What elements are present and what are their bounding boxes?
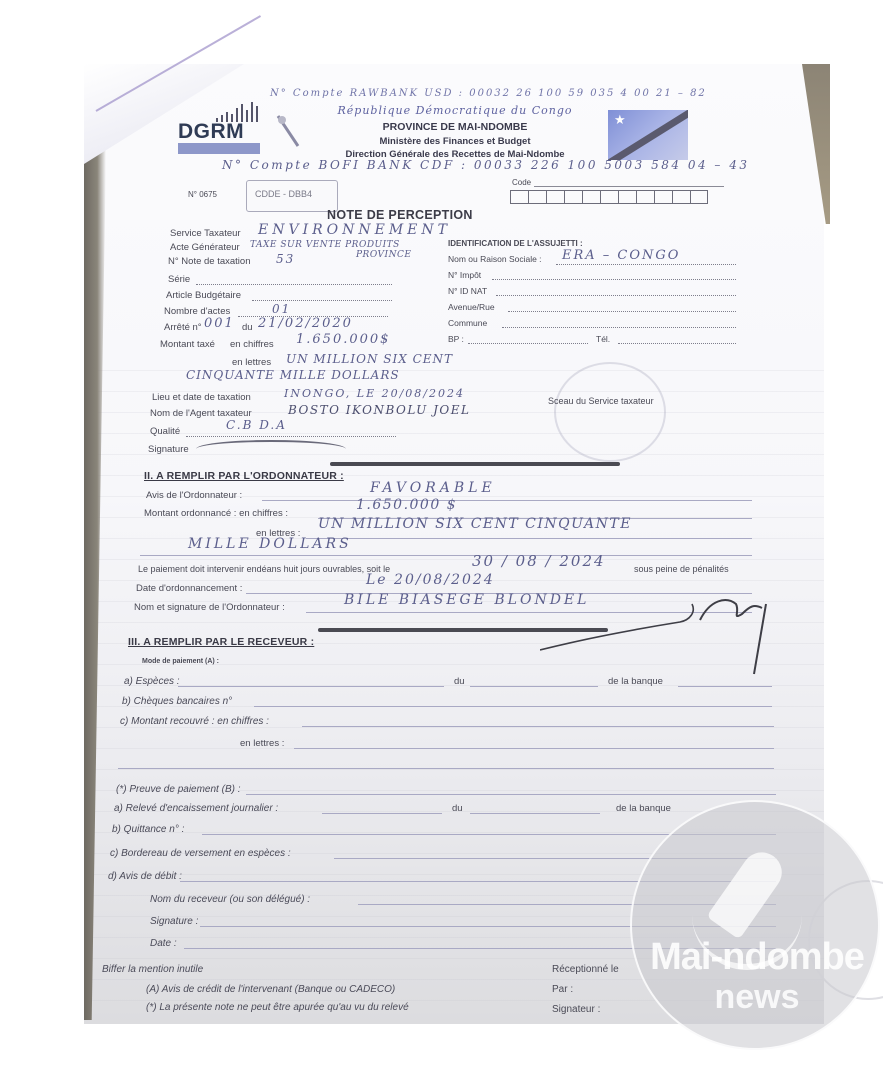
label-montant-recouvre: c) Montant recouvré : en chiffres :	[120, 716, 269, 727]
label-avis-debit: d) Avis de débit :	[108, 871, 182, 882]
value-acte-generateur: TAXE SUR VENTE PRODUITS	[250, 240, 400, 250]
dots-serie	[196, 284, 392, 285]
label-avis-ordonnateur: Avis de l'Ordonnateur :	[146, 490, 242, 501]
dots-id-nat	[496, 295, 736, 296]
section3-heading: III. A REMPLIR PAR LE RECEVEUR :	[128, 636, 314, 648]
republic-name: République Démocratique du Congo	[290, 104, 620, 117]
value-paiement-date: 30 / 08 / 2024	[472, 552, 606, 570]
rule-lettres	[306, 538, 752, 539]
label-montant-lettres: en lettres	[232, 357, 271, 368]
label-quittance: b) Quittance n° :	[112, 824, 184, 835]
rule-recouvre-lettres	[294, 748, 774, 749]
label-n-impot: N° Impôt	[448, 270, 481, 280]
value-note-taxation: 53	[276, 252, 295, 266]
label-especes-du: du	[454, 676, 465, 687]
ministry-name: Ministère des Finances et Budget	[290, 136, 620, 147]
rule-avis	[262, 500, 752, 501]
label-arrete: Arrêté n°	[164, 322, 202, 333]
value-raison-sociale: ERA – CONGO	[562, 248, 680, 263]
label-avenue: Avenue/Rue	[448, 302, 495, 312]
label-montant-ordonnance: Montant ordonnancé : en chiffres :	[144, 508, 288, 519]
section-divider-2	[318, 628, 608, 632]
dgrm-logo: DGRM	[178, 120, 244, 144]
footer-note-star: (*) La présente note ne peut être apurée…	[146, 1002, 409, 1013]
form-number-box-value: CDDE - DBB4	[255, 189, 312, 199]
drc-flag-icon: ★	[608, 110, 688, 160]
label-cheques: b) Chèques bancaires n°	[122, 696, 232, 707]
agent-signature	[196, 440, 346, 458]
dots-avenue	[508, 311, 736, 312]
label-lieu-date-taxation: Lieu et date de taxation	[152, 392, 251, 403]
rule-cheques	[254, 706, 772, 707]
rule-especes-du	[470, 686, 598, 687]
rule-releve-du	[470, 813, 600, 814]
label-montant-chiffres: en chiffres	[230, 339, 274, 350]
rule-especes	[178, 686, 444, 687]
value-montant-taxe-lettres-2: CINQUANTE MILLE DOLLARS	[186, 368, 400, 382]
value-montant-taxe-lettres: UN MILLION SIX CENT	[286, 352, 453, 366]
watermark-text-line1: Mai-ndombe	[632, 936, 880, 979]
code-label: Code	[512, 178, 531, 187]
value-montant-ordonnance: 1.650.000 $	[356, 497, 457, 513]
value-date-ordonnancement: Le 20/08/2024	[366, 572, 495, 588]
value-nombre-actes: 01	[272, 302, 291, 316]
label-nom-receveur: Nom du receveur (ou son délégué) :	[150, 894, 310, 905]
province-name: PROVINCE DE MAI-NDOMBE	[290, 121, 620, 133]
rule-releve	[322, 813, 442, 814]
footer-note-a: (A) Avis de crédit de l'intervenant (Ban…	[146, 984, 395, 995]
watermark-text-line2: news	[632, 978, 880, 1017]
rule-recouvre-lettres-2	[118, 768, 774, 769]
value-montant-ordonnance-lettres: UN MILLION SIX CENT CINQUANTE	[318, 516, 632, 532]
label-service-taxateur: Service Taxateur	[170, 228, 241, 239]
value-arrete: 001	[204, 316, 235, 331]
dots-qualite	[186, 436, 396, 437]
label-article-budgetaire: Article Budgétaire	[166, 290, 241, 301]
stamp-circle	[554, 362, 666, 462]
footer-par: Par :	[552, 984, 573, 995]
dots-raison	[556, 264, 736, 265]
handwritten-account-usd: N° Compte RAWBANK USD : 00032 26 100 59 …	[270, 88, 707, 99]
dots-n-impot	[492, 279, 736, 280]
label-mode-paiement: Mode de paiement (A) :	[142, 658, 219, 665]
footer-receptionne: Réceptionné le	[552, 964, 619, 975]
label-acte-generateur: Acte Générateur	[170, 242, 240, 253]
value-service-taxateur: ENVIRONNEMENT	[258, 222, 451, 238]
label-especes-banque: de la banque	[608, 676, 663, 687]
code-boxes	[510, 190, 708, 204]
label-note-taxation: N° Note de taxation	[168, 256, 251, 267]
section-divider-1	[330, 462, 620, 466]
rule-montant-recouvre	[302, 726, 774, 727]
footer-signateur: Signateur :	[552, 1004, 600, 1015]
rule-preuve	[246, 794, 776, 795]
ordonnateur-signature	[540, 590, 780, 680]
label-releve-du: du	[452, 803, 463, 814]
value-arrete-date: 21/02/2020	[258, 316, 353, 331]
label-id-nat: N° ID NAT	[448, 286, 487, 296]
rule-lettres-2	[140, 555, 752, 556]
label-raison-sociale: Nom ou Raison Sociale :	[448, 254, 542, 264]
value-montant-ordonnance-lettres-2: MILLE DOLLARS	[188, 536, 352, 552]
value-lieu-date-taxation: INONGO, LE 20/08/2024	[284, 387, 465, 400]
handwritten-account-cdf: N° Compte BOFI BANK CDF : 00033 226 100 …	[222, 158, 750, 172]
label-releve: a) Relevé d'encaissement journalier :	[114, 803, 278, 814]
label-releve-banque: de la banque	[616, 803, 671, 814]
label-date-ordonnancement: Date d'ordonnancement :	[136, 583, 242, 594]
label-bordereau: c) Bordereau de versement en espèces :	[110, 848, 291, 859]
dots-commune	[502, 327, 736, 328]
label-signature-agent: Signature	[148, 444, 189, 455]
label-montant-recouvre-lettres: en lettres :	[240, 738, 284, 749]
assujetti-heading: IDENTIFICATION DE L'ASSUJETTI :	[448, 239, 583, 248]
dgrm-logo-bars-icon	[216, 100, 260, 122]
label-bp: BP :	[448, 334, 464, 344]
label-penalites: sous peine de pénalités	[634, 564, 729, 574]
value-qualite: C.B D.A	[226, 418, 287, 432]
value-acte-generateur-2: PROVINCE	[356, 250, 411, 260]
value-avis-ordonnateur: FAVORABLE	[370, 480, 496, 496]
label-signature-receveur: Signature :	[150, 916, 198, 927]
label-preuve-paiement: (*) Preuve de paiement (B) :	[116, 784, 241, 795]
label-especes: a) Espèces :	[124, 676, 180, 687]
label-qualite: Qualité	[150, 426, 180, 437]
section2-heading: II. A REMPLIR PAR L'ORDONNATEUR :	[144, 470, 344, 482]
label-signature-ordonnateur: Nom et signature de l'Ordonnateur :	[134, 602, 285, 613]
form-number-box: CDDE - DBB4	[246, 180, 338, 212]
label-arrete-du: du	[242, 322, 253, 333]
label-montant-taxe: Montant taxé	[160, 339, 215, 350]
dgrm-logo-band	[178, 143, 260, 154]
footer-biffer: Biffer la mention inutile	[102, 964, 203, 975]
label-date-receveur: Date :	[150, 938, 177, 949]
label-tel: Tél.	[596, 334, 610, 344]
mai-ndombe-news-watermark: Mai-ndombe news	[630, 800, 880, 1050]
dots-article	[252, 300, 392, 301]
label-paiement-delai: Le paiement doit intervenir endéans huit…	[138, 564, 390, 574]
dots-tel	[618, 343, 736, 344]
dots-bp	[468, 343, 588, 344]
label-serie: Série	[168, 274, 190, 285]
form-number: N° 0675	[188, 190, 217, 199]
label-sceau: Sceau du Service taxateur	[548, 396, 654, 406]
value-agent-taxateur: BOSTO IKONBOLU JOEL	[288, 403, 470, 417]
label-commune: Commune	[448, 318, 487, 328]
code-rule	[534, 186, 724, 187]
value-montant-taxe-chiffres: 1.650.000$	[296, 332, 390, 347]
document-title: NOTE DE PERCEPTION	[327, 208, 473, 222]
rule-especes-banque	[678, 686, 772, 687]
